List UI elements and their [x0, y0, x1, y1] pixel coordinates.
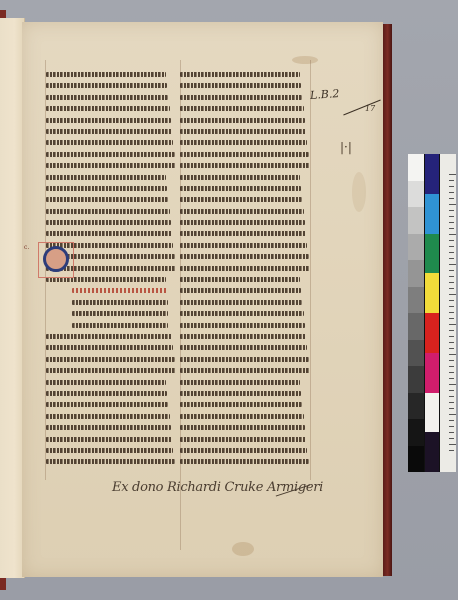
ruler-tick: [449, 432, 454, 433]
shelfmark: L.B.2: [310, 87, 340, 102]
color-patch-blue: [425, 154, 439, 194]
text-line: [46, 72, 176, 81]
color-patch-magenta: [425, 353, 439, 393]
gray-step: [408, 340, 424, 367]
text-line: [180, 163, 310, 172]
text-line: [46, 95, 176, 104]
text-line: [46, 414, 176, 423]
color-patch-white: [425, 393, 439, 433]
text-line: [46, 288, 176, 297]
text-line: [180, 152, 310, 161]
text-line: [180, 118, 310, 127]
text-line: [46, 437, 176, 446]
ruler-tick: [449, 282, 454, 283]
text-line: [46, 231, 176, 240]
ruler-tick: [449, 318, 454, 319]
ruler-tick: [449, 210, 454, 211]
binding-corner-bottom: [0, 578, 6, 590]
text-line: [46, 118, 176, 127]
text-line: [180, 186, 310, 195]
ruler-tick: [449, 198, 454, 199]
text-line: [46, 83, 176, 92]
text-line: [46, 380, 176, 389]
ruler-tick: [449, 276, 454, 277]
text-line: [46, 277, 176, 286]
text-line: [180, 266, 310, 275]
ruler-tick: [449, 444, 456, 445]
scale-ruler: [440, 154, 456, 472]
ruler-tick: [449, 204, 456, 205]
ruler-tick: [449, 324, 456, 325]
ruler-tick: [449, 288, 454, 289]
text-line: [46, 140, 176, 149]
ruler-tick: [449, 420, 454, 421]
text-line: [180, 357, 310, 366]
color-calibration-target: [408, 154, 456, 472]
text-line: [180, 391, 310, 400]
gray-step: [408, 181, 424, 208]
ruler-tick: [449, 228, 454, 229]
ruler-tick: [449, 294, 456, 295]
text-line: [180, 425, 310, 434]
text-line: [46, 459, 176, 465]
text-line: [180, 402, 310, 411]
text-line: [46, 129, 176, 138]
ruler-tick: [449, 390, 454, 391]
gray-step: [408, 419, 424, 446]
gray-step: [408, 287, 424, 314]
text-line: [180, 334, 310, 343]
ruler-tick: [449, 258, 454, 259]
text-line: [46, 209, 176, 218]
color-patch-cyan: [425, 194, 439, 234]
text-line: [46, 300, 176, 309]
folio-number: 17: [365, 104, 375, 113]
ruler-tick: [449, 342, 454, 343]
text-line: [180, 106, 310, 115]
ruler-tick: [449, 426, 454, 427]
text-line: [180, 95, 310, 104]
ruler-tick: [449, 240, 454, 241]
ruler-tick: [449, 300, 454, 301]
text-line: [180, 311, 310, 320]
binding-edge: [383, 24, 392, 576]
text-line: [180, 459, 310, 465]
text-line: [180, 254, 310, 263]
text-line: [46, 323, 176, 332]
ruler-tick: [449, 354, 456, 355]
stain: [292, 56, 318, 64]
gray-step: [408, 366, 424, 393]
margin-note: c.: [24, 244, 29, 251]
text-line: [46, 425, 176, 434]
text-line: [180, 209, 310, 218]
gray-step: [408, 446, 424, 473]
ruler-tick: [449, 222, 454, 223]
text-line: [180, 345, 310, 354]
gray-step: [408, 393, 424, 420]
ruler-tick: [449, 252, 454, 253]
ruler-tick: [449, 360, 454, 361]
text-line: [46, 357, 176, 366]
text-line: [180, 231, 310, 240]
ruler-tick: [449, 336, 454, 337]
ruler-tick: [449, 216, 454, 217]
text-line: [46, 311, 176, 320]
color-patch-red: [425, 313, 439, 353]
ruler-tick: [449, 306, 454, 307]
text-line: [46, 163, 176, 172]
text-line: [180, 197, 310, 206]
ruler-tick: [449, 312, 454, 313]
ruler-tick: [449, 234, 456, 235]
color-patch-green: [425, 234, 439, 274]
marginal-mark: |·|: [340, 140, 352, 154]
text-line: [180, 323, 310, 332]
ruler-tick: [449, 414, 456, 415]
ruler-tick: [449, 396, 454, 397]
gray-step: [408, 313, 424, 340]
ruler-tick: [449, 348, 454, 349]
color-patch-yellow: [425, 273, 439, 313]
text-line: [180, 83, 310, 92]
stain: [352, 172, 366, 212]
text-line: [46, 175, 176, 184]
stain: [232, 542, 254, 556]
text-line: [180, 220, 310, 229]
text-line: [46, 220, 176, 229]
text-line: [180, 72, 310, 81]
text-line: [46, 345, 176, 354]
text-line: [46, 334, 176, 343]
ruler-tick: [449, 174, 456, 175]
text-line: [46, 402, 176, 411]
ruling-line: [310, 60, 311, 480]
text-line: [46, 186, 176, 195]
text-line: [180, 277, 310, 286]
decorated-initial: [43, 246, 69, 272]
text-line: [46, 152, 176, 161]
ruler-tick: [449, 378, 454, 379]
gray-step: [408, 260, 424, 287]
ruler-tick: [449, 438, 454, 439]
ruler-tick: [449, 180, 454, 181]
gray-step: [408, 154, 424, 181]
ruler-tick: [449, 330, 454, 331]
text-line: [180, 368, 310, 377]
text-line: [180, 175, 310, 184]
ruler-tick: [449, 402, 454, 403]
ruler-tick: [449, 450, 454, 451]
ruler-tick: [449, 408, 454, 409]
text-line: [46, 391, 176, 400]
ruler-tick: [449, 372, 454, 373]
text-line: [180, 288, 310, 297]
text-line: [46, 368, 176, 377]
ruler-tick: [449, 186, 454, 187]
ruler-tick: [449, 264, 456, 265]
text-line: [46, 106, 176, 115]
ruler-tick: [449, 270, 454, 271]
donor-inscription: Ex dono Richardi Cruke Armigeri: [112, 480, 323, 495]
text-line: [46, 448, 176, 457]
gray-step: [408, 234, 424, 261]
color-patch-black: [425, 432, 439, 472]
text-line: [180, 448, 310, 457]
text-line: [180, 243, 310, 252]
text-line: [180, 300, 310, 309]
ruler-tick: [449, 366, 454, 367]
text-line: [180, 380, 310, 389]
text-line: [180, 140, 310, 149]
ruler-tick: [449, 246, 454, 247]
ruler-tick: [449, 192, 454, 193]
text-line: [180, 437, 310, 446]
gray-step: [408, 207, 424, 234]
text-column-right: [180, 70, 310, 465]
ruler-tick: [449, 384, 456, 385]
text-line: [180, 129, 310, 138]
text-line: [180, 414, 310, 423]
text-line: [46, 197, 176, 206]
